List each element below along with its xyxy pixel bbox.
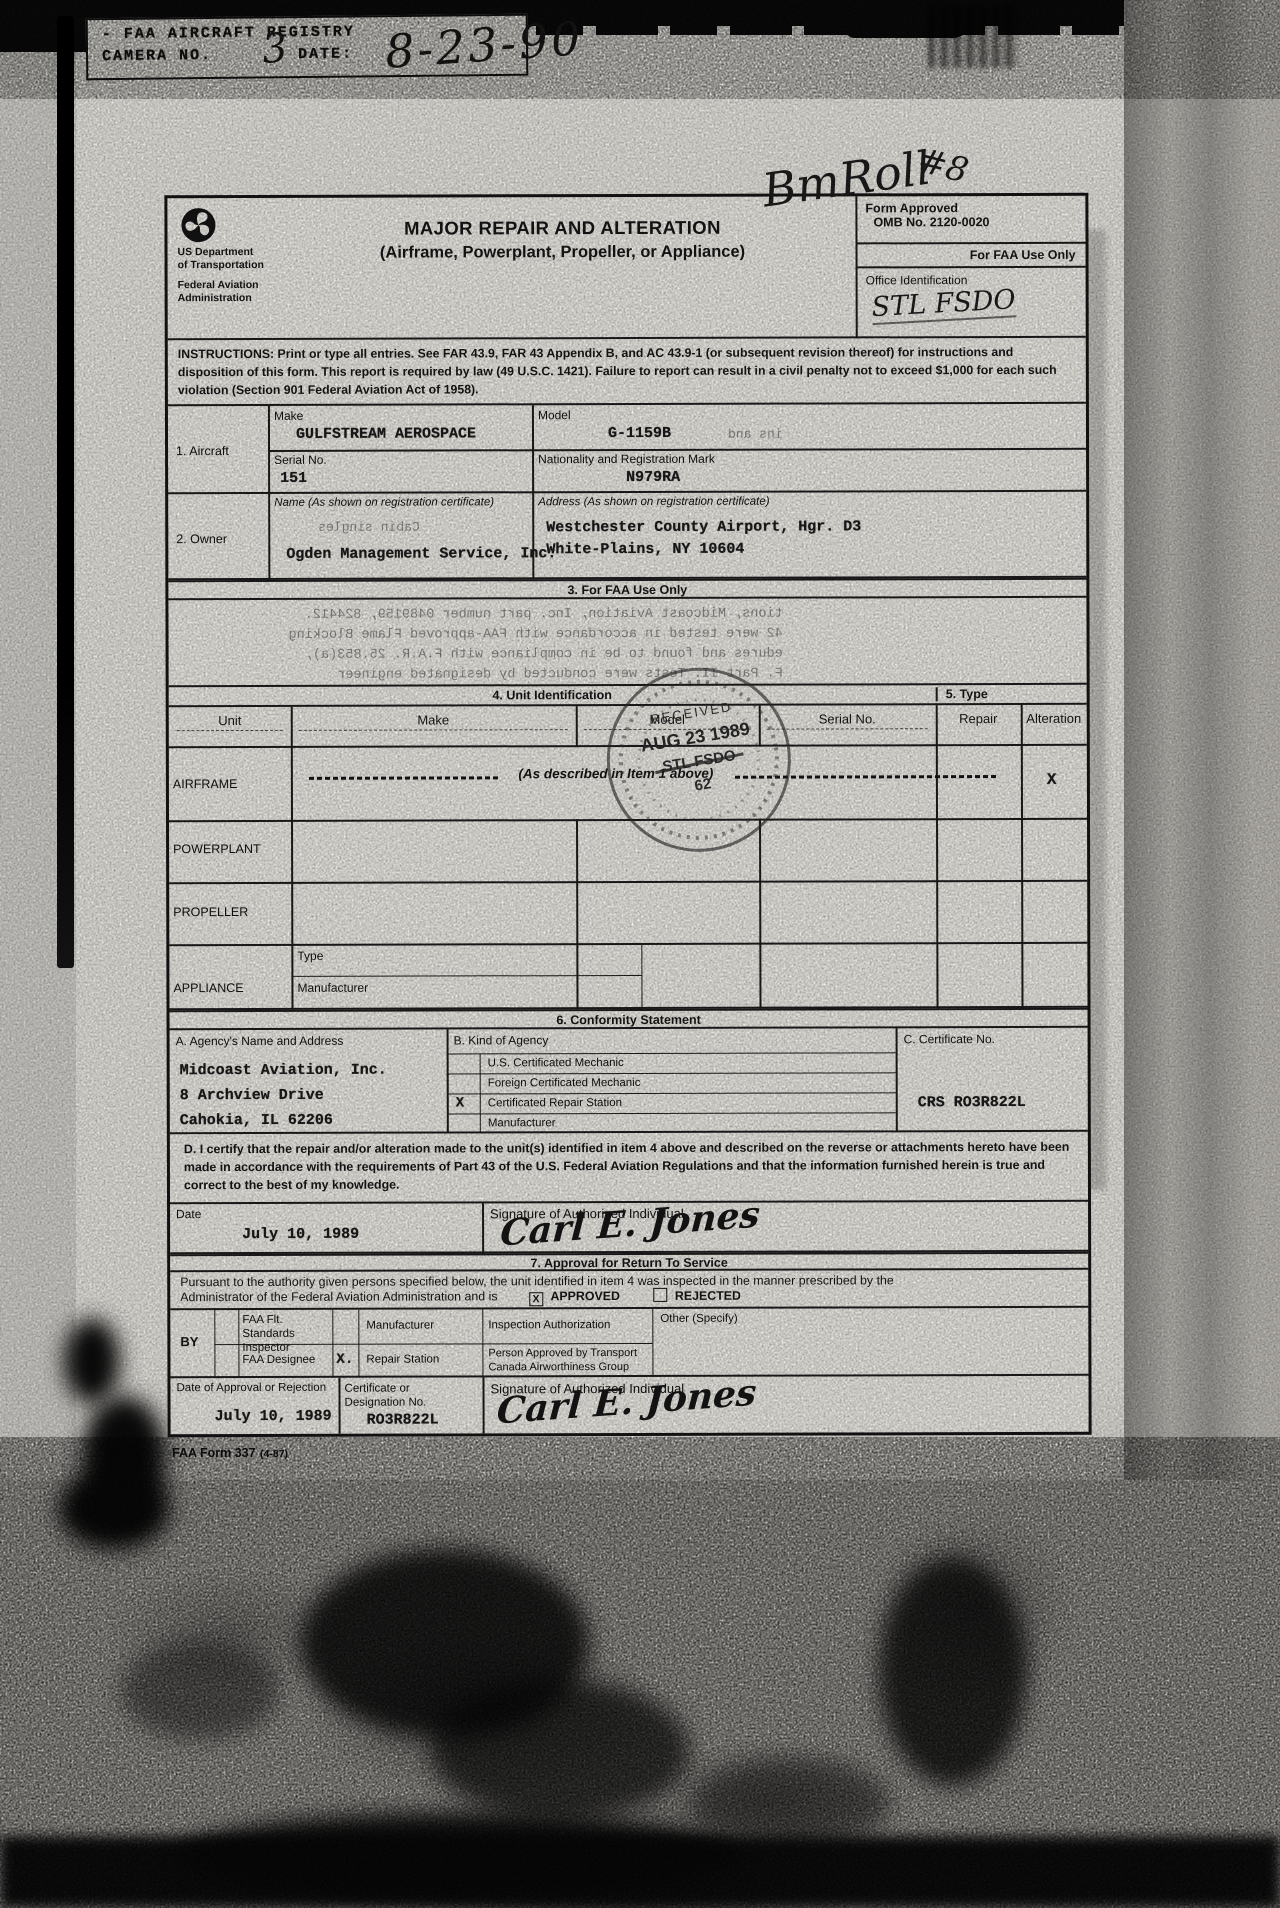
dash-rule-left [309,776,499,779]
faa-form-337: US Department of Transportation Federal … [164,193,1091,1437]
signature-carl-jones: Carl E. Jones [499,1193,761,1254]
rejected-checkbox [653,1288,667,1302]
office-identification-box: Office Identification STL FSDO [858,268,1086,335]
scan-blot [690,1758,890,1848]
conformity-a-label: A. Agency's Name and Address [176,1034,344,1048]
instructions-text: INSTRUCTIONS: Print or type all entries.… [168,338,1086,406]
registry-line2: CAMERA NO. DATE: [102,46,353,66]
owner-address-label: Address (As shown on registration certif… [538,496,769,509]
pursuant-block: Pursuant to the authority given persons … [170,1270,1088,1310]
omb-box: Form Approved OMB No. 2120-0020 [857,196,1085,245]
nationality-label: Nationality and Registration Mark [538,452,715,466]
conformity-c-label: C. Certificate No. [904,1032,995,1046]
pursuant-line2: Administrator of the Federal Aviation Ad… [180,1287,1078,1307]
agency-name: US Department of Transportation Federal … [178,246,264,305]
scan-edge-left-bar [57,16,74,968]
col-make: Make [291,712,576,731]
office-id-handwriting: STL FSDO [871,284,1017,325]
serial-label: Serial No. [274,453,327,467]
serial-value: 151 [280,470,307,487]
appliance-mfr-label: Manufacturer [297,981,368,995]
omb-number: OMB No. 2120-0020 [865,215,1077,230]
cell-faa-designee: FAA Designee [242,1354,315,1366]
unit-table: Unit Make Model Serial No. Repair Altera… [169,705,1088,1010]
by-label: BY [180,1334,198,1349]
date-label: Date [176,1207,201,1221]
approval-cert-value: RO3R822L [367,1411,439,1428]
kind-foreign-mechanic: Foreign Certificated Mechanic [488,1077,641,1089]
bleed-line: edures and found to be in compliance wit… [289,645,783,666]
row-appliance-label: APPLIANCE [173,981,243,995]
col-serial: Serial No. [759,711,936,729]
col-unit: Unit [169,713,291,731]
form-number: FAA Form 337 [172,1446,256,1460]
model-label: Model [538,408,571,422]
cell-repair-station: Repair Station [366,1353,439,1365]
camera-no-handwriting: 3 [260,25,290,73]
owner-address-line2: White-Plains, NY 10604 [546,541,744,559]
bleed-fragment-owner: Cabin singles [318,520,419,535]
dot-logo-icon [179,206,217,244]
form-revision: (4-87) [260,1448,288,1460]
section4-label: 4. Unit Identification [169,687,936,703]
scan-blot [120,1640,280,1740]
form-title-block: MAJOR REPAIR AND ALTERATION (Airframe, P… [272,216,852,263]
form-footer: FAA Form 337 (4-87) [172,1444,288,1462]
conformity-b-label: B. Kind of Agency [454,1033,549,1047]
make-label: Make [274,409,303,423]
section3-bar: 3. For FAA Use Only [168,578,1086,600]
section-aircraft: 1. Aircraft Make GULFSTREAM AEROSPACE Mo… [168,404,1086,494]
faa-use-only-label: For FAA Use Only [858,244,1086,269]
col-repair: Repair [936,711,1021,726]
dept-line3: Federal Aviation [178,279,264,292]
bleed-line: 42 were tested in accordance with FAA-ap… [289,625,783,646]
owner-name-value: Ogden Management Service, Inc. [286,545,556,563]
repair-station-mark: X. [336,1352,353,1368]
form-title: MAJOR REPAIR AND ALTERATION [272,216,852,240]
approved-label: APPROVED [550,1289,620,1303]
section7-bar: 7. Approval for Return To Service [170,1252,1088,1272]
form-approved-box: Form Approved OMB No. 2120-0020 For FAA … [855,196,1085,339]
approval-bottom-row: Date of Approval or Rejection July 10, 1… [170,1376,1088,1434]
form-header: US Department of Transportation Federal … [167,196,1085,340]
cell-other-specify: Other (Specify) [660,1313,737,1325]
agency-name-line3: Cahokia, IL 62206 [180,1112,333,1129]
approved-checkbox: X [529,1292,543,1306]
make-value: GULFSTREAM AEROSPACE [296,425,476,442]
bleed-fragment-model: ins and [728,427,783,442]
owner-name-label: Name (As shown on registration certifica… [274,496,494,509]
row-propeller-label: PROPELLER [173,905,248,919]
dept-line4: Administration [178,292,264,305]
dept-line2: of Transportation [178,259,264,272]
date-value: July 10, 1989 [242,1226,359,1243]
form-subtitle: (Airframe, Powerplant, Propeller, or App… [273,242,853,263]
certificate-no-value: CRS RO3R822L [918,1094,1026,1111]
office-id-label: Office Identification [866,273,968,287]
scan-blot [180,1812,740,1898]
kind-us-mechanic: U.S. Certificated Mechanic [488,1057,624,1069]
scan-blot [64,1318,120,1404]
airframe-alteration-mark: X [1047,771,1057,789]
faa-use-area: tions, Midcoast Aviation, Inc. part numb… [168,598,1086,687]
scan-streaks-top-right [928,6,1018,68]
section6-bar: 6. Conformity Statement [170,1008,1088,1030]
registry-line1: - FAA AIRCRAFT REGISTRY [102,23,355,43]
cell-transport-canada: Person Approved by Transport Canada Airw… [488,1347,638,1375]
aircraft-row-label: 1. Aircraft [176,444,229,458]
cell-flt-standards-inspector: FAA Flt. Standards Inspector [242,1314,330,1356]
by-table: BY FAA Flt. Standards Inspector Manufact… [170,1308,1088,1378]
bleed-line: tions, Midcoast Aviation, Inc. part numb… [288,605,782,626]
col-alteration: Alteration [1021,711,1087,726]
kind-manufacturer: Manufacturer [488,1117,556,1129]
row-airframe-label: AIRFRAME [173,777,238,791]
agency-name-line2: 8 Archview Drive [180,1087,324,1104]
row-powerplant-label: POWERPLANT [173,842,261,856]
section-owner: 2. Owner Name (As shown on registration … [168,492,1086,580]
received-stamp: RECEIVED AUG 23 1989 STL FSDO 62 [593,654,804,865]
model-value: G-1159B [608,425,671,442]
form-approved-label: Form Approved [865,201,1077,216]
rejected-label: REJECTED [675,1289,741,1303]
kind-repair-station-mark: X [456,1095,464,1111]
kind-repair-station: Certificated Repair Station [488,1097,622,1109]
owner-address-line1: Westchester County Airport, Hgr. D3 [546,518,861,536]
agency-name-line1: Midcoast Aviation, Inc. [180,1062,387,1080]
scan-blot [430,1680,690,1820]
cell-inspection-authorization: Inspection Authorization [488,1319,610,1331]
approval-cert-label: Certificate or Designation No. [344,1381,464,1410]
approval-date-value: July 10, 1989 [215,1408,332,1425]
appliance-type-label: Type [297,949,323,963]
approval-date-label: Date of Approval or Rejection [176,1382,326,1394]
section5-label: 5. Type [936,687,1087,701]
certify-statement: D. I certify that the repair and/or alte… [170,1132,1088,1204]
owner-row-label: 2. Owner [176,532,227,546]
scan-blot [878,1556,1028,1786]
conformity-grid: A. Agency's Name and Address B. Kind of … [170,1028,1088,1134]
dept-line1: US Department [178,246,264,259]
date-signature-row: Date July 10, 1989 Signature of Authoriz… [170,1202,1088,1254]
scan-blot [58,1468,170,1550]
cell-manufacturer: Manufacturer [366,1320,434,1332]
scanned-document-page: US Department of Transportation Federal … [0,0,1280,1908]
nationality-value: N979RA [626,469,680,486]
